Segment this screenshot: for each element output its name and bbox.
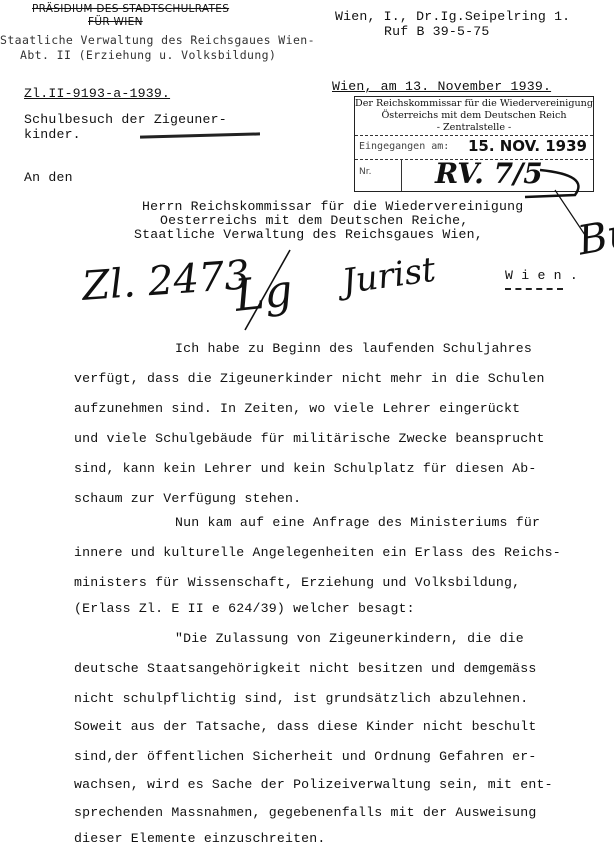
body-line: schaum zur Verfügung stehen. <box>74 491 301 506</box>
body-line: (Erlass Zl. E II e 624/39) welcher besag… <box>74 601 415 616</box>
body-line: innere und kulturelle Angelegenheiten ei… <box>74 545 561 560</box>
body-line: ministers für Wissenschaft, Erziehung un… <box>74 575 520 590</box>
quote-line: sind,der öffentlichen Sicherheit und Ord… <box>74 749 537 764</box>
quote-line: sprechenden Massnahmen, gegebenenfalls m… <box>74 805 537 820</box>
body-line: und viele Schulgebäude für militärische … <box>74 431 545 446</box>
body-line: aufzunehmen sind. In Zeiten, wo viele Le… <box>74 401 520 416</box>
quote-line: Soweit aus der Tatsache, dass diese Kind… <box>74 719 537 734</box>
quote-line: dieser Elemente einzuschreiten. <box>74 831 326 845</box>
quote-line: deutsche Staatsangehörigkeit nicht besit… <box>74 661 537 676</box>
quote-line: nicht schulpflichtig sind, ist grundsätz… <box>74 691 528 706</box>
quote-line: "Die Zulassung von Zigeunerkindern, die … <box>175 631 524 646</box>
quote-line: wachsen, wird es Sache der Polizeiverwal… <box>74 777 553 792</box>
body-line: Nun kam auf eine Anfrage des Ministerium… <box>175 515 540 530</box>
body-line: Ich habe zu Beginn des laufenden Schulja… <box>175 341 532 356</box>
body-line: sind, kann kein Lehrer und kein Schulpla… <box>74 461 537 476</box>
body-line: verfügt, dass die Zigeunerkinder nicht m… <box>74 371 545 386</box>
